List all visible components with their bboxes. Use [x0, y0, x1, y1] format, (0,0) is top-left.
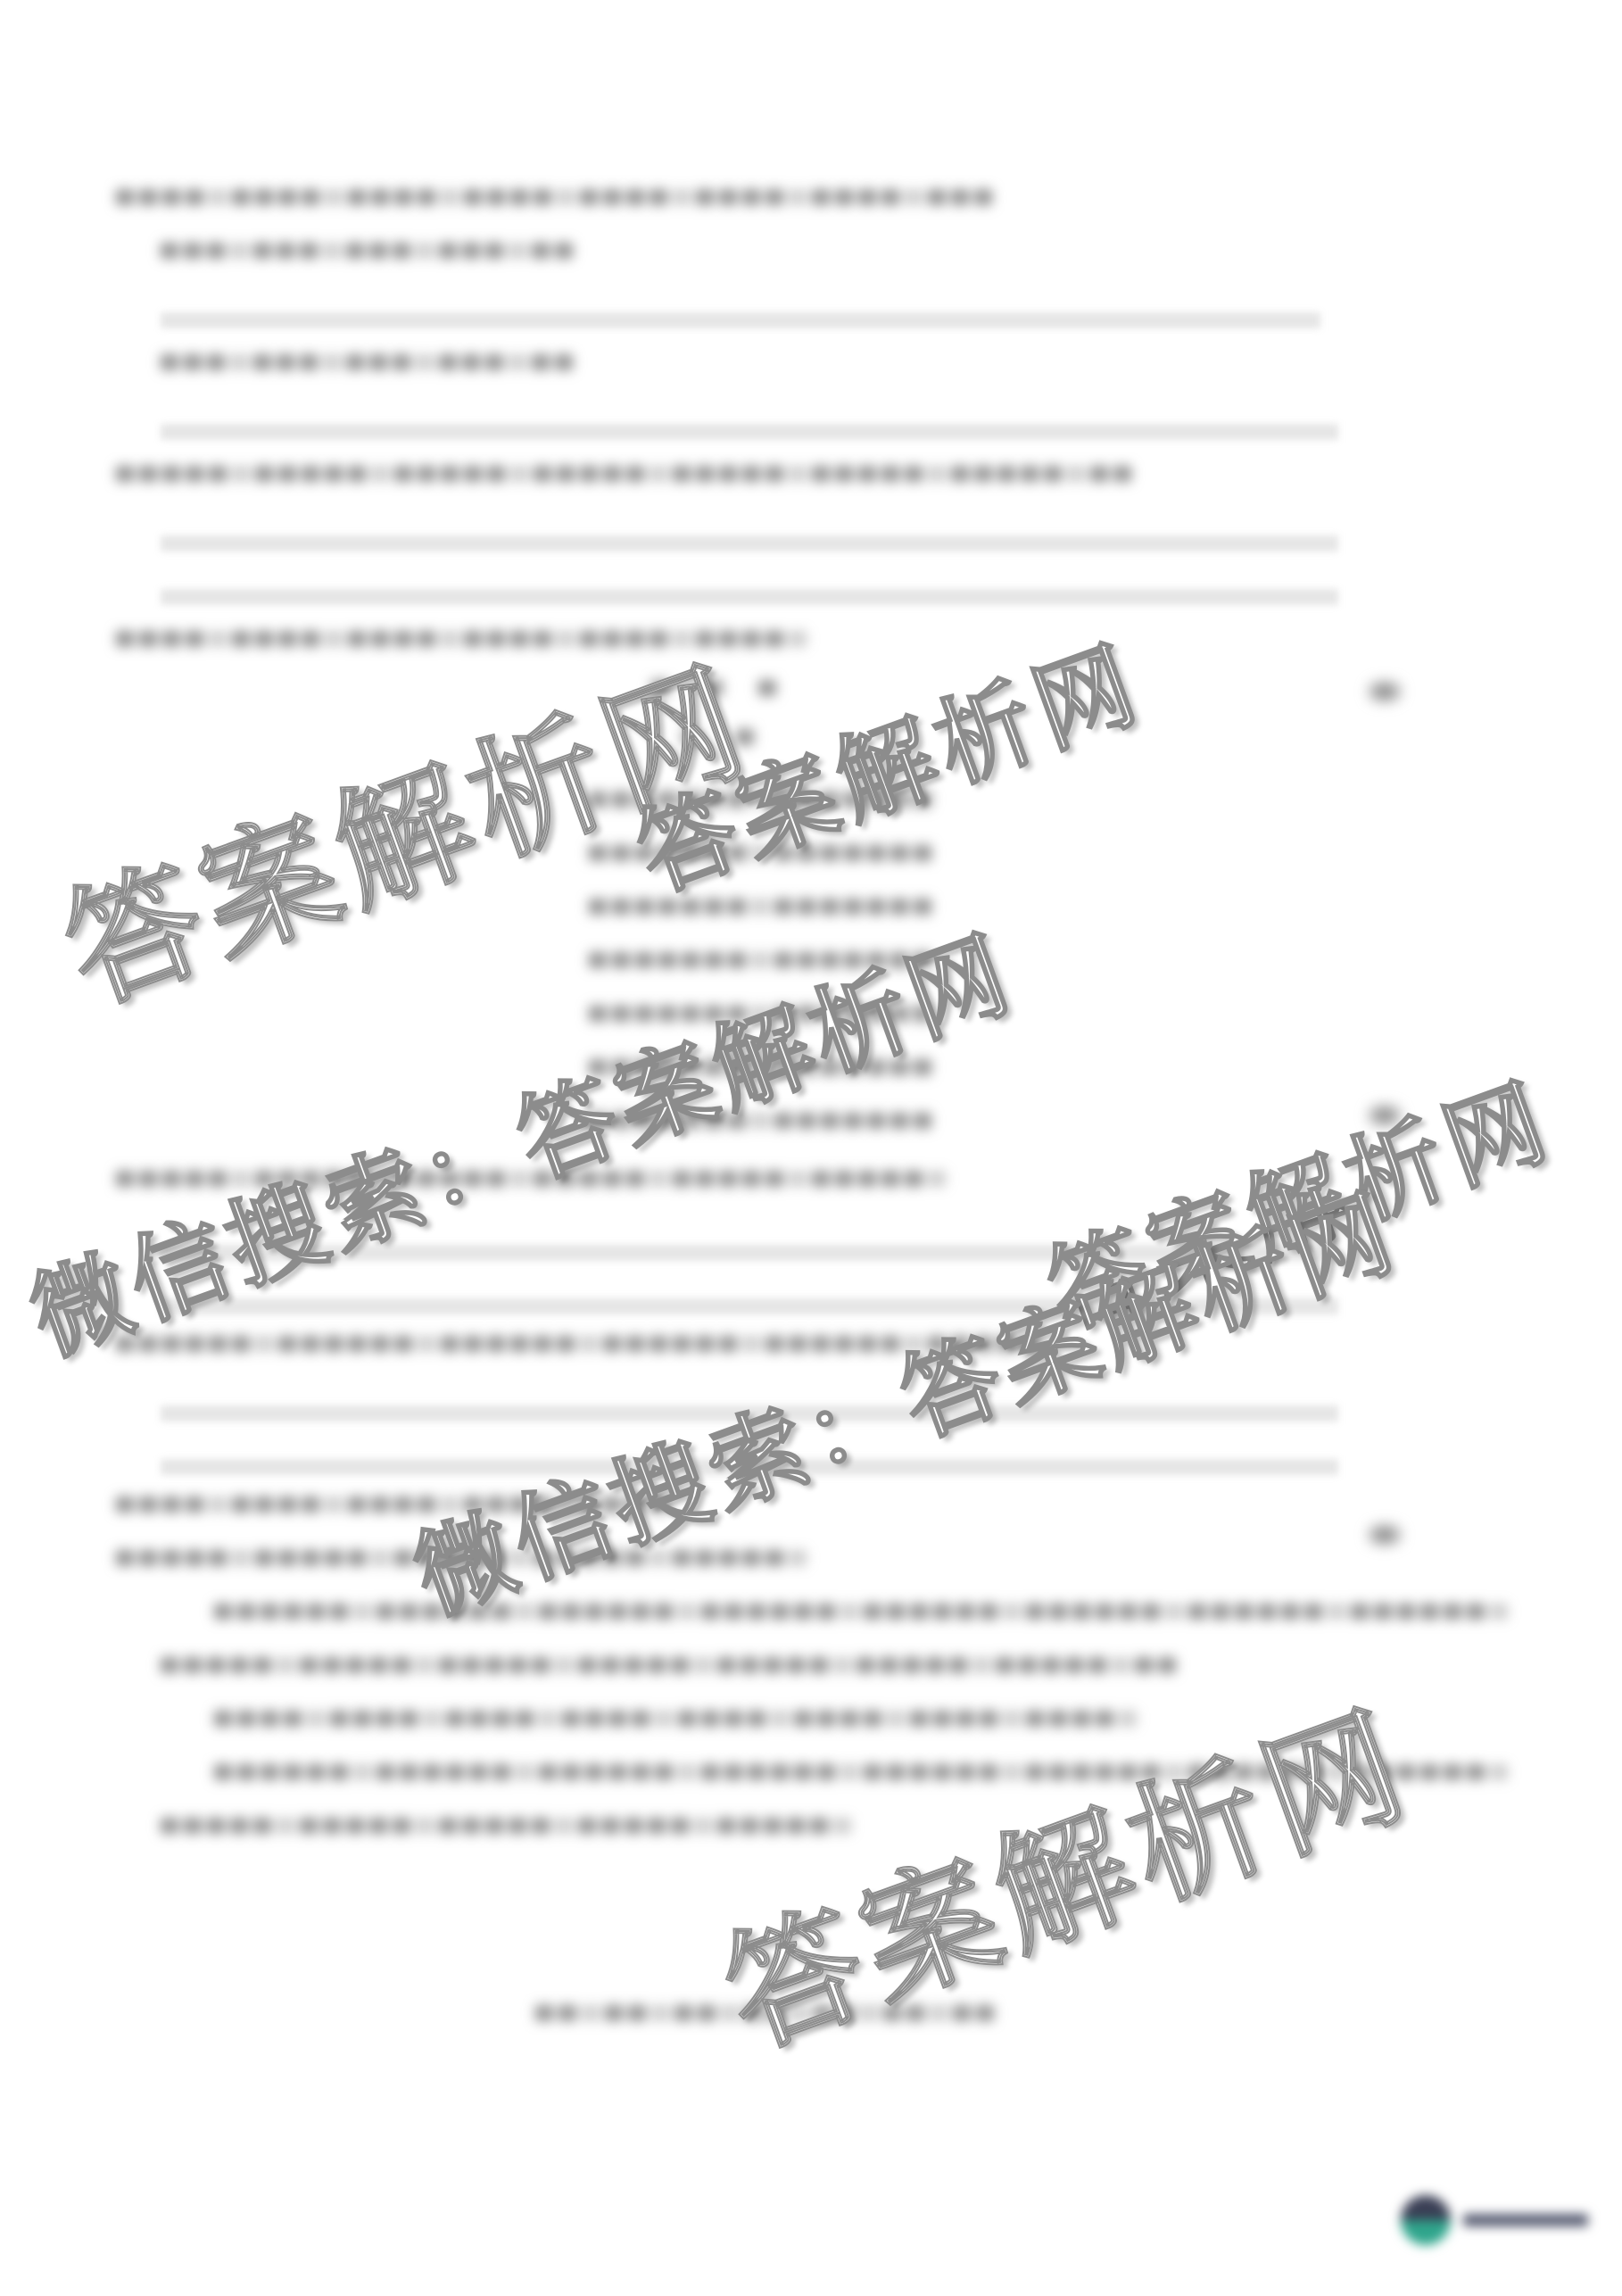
blurred-glyph: [748, 1764, 765, 1780]
blurred-glyph: [1420, 1764, 1438, 1780]
blurred-glyph: [284, 1604, 302, 1620]
blurred-glyph: [817, 1604, 835, 1620]
blurred-glyph: [603, 466, 621, 482]
blurred-glyph: [532, 243, 550, 259]
blurred-glyph: [835, 189, 853, 205]
blurred-glyph: [835, 466, 853, 482]
blurred-glyph: [751, 899, 769, 915]
blurred-glyph: [116, 1496, 134, 1513]
blurred-glyph: [724, 1604, 742, 1620]
blurred-glyph: [348, 466, 366, 482]
blurred-glyph: [237, 1764, 255, 1780]
blurred-glyph: [1049, 1604, 1067, 1620]
blurred-glyph: [348, 631, 366, 647]
blurred-glyph: [557, 466, 575, 482]
blurred-glyph: [996, 1657, 1014, 1673]
blurred-glyph: [186, 466, 203, 482]
blurred-glyph: [1258, 1604, 1276, 1620]
blurred-glyph: [300, 354, 318, 370]
blurred-glyph: [658, 952, 676, 968]
blurred-glyph: [585, 1764, 603, 1780]
blurred-glyph: [487, 1336, 505, 1352]
blurred-glyph: [214, 1604, 232, 1620]
blurred-glyph: [648, 1657, 666, 1673]
blurred-glyph: [840, 1711, 858, 1727]
blurred-glyph: [348, 189, 366, 205]
blurred-glyph: [300, 1657, 318, 1673]
blurred-glyph: [377, 1764, 394, 1780]
blurred-glyph: [369, 1657, 387, 1673]
blurred-glyph: [1281, 1604, 1299, 1620]
blurred-glyph: [371, 1550, 389, 1566]
blurred-glyph: [446, 1711, 464, 1727]
blurred-glyph: [418, 1336, 435, 1352]
blurred-glyph: [844, 1113, 862, 1129]
blurred-glyph: [439, 1818, 457, 1834]
blurred-glyph: [348, 1496, 366, 1513]
blurred-glyph: [485, 354, 503, 370]
blurred-glyph: [650, 1171, 667, 1187]
blurred-glyph: [307, 1604, 325, 1620]
blurred-glyph: [323, 1818, 341, 1834]
blurred-glyph: [557, 631, 575, 647]
blurred-glyph: [765, 1336, 783, 1352]
blurred-glyph: [605, 2005, 623, 2021]
blurred-glyph: [325, 631, 343, 647]
blurred-glyph: [209, 1336, 227, 1352]
blurred-glyph: [186, 631, 203, 647]
blurred-glyph: [302, 631, 319, 647]
blurred-glyph: [207, 243, 225, 259]
blurred-glyph: [555, 243, 573, 259]
blurred-glyph: [330, 1764, 348, 1780]
blurred-glyph: [209, 466, 227, 482]
blurred-glyph: [325, 189, 343, 205]
blurred-glyph: [771, 1604, 789, 1620]
blurred-glyph: [758, 680, 776, 696]
blurred-glyph: [487, 189, 505, 205]
question-line: [116, 464, 1131, 484]
blurred-glyph: [423, 1711, 441, 1727]
blurred-glyph: [810, 1657, 828, 1673]
blurred-glyph: [771, 1711, 789, 1727]
blurred-glyph: [232, 1496, 250, 1513]
blurred-glyph: [719, 466, 737, 482]
blurred-glyph: [1049, 1711, 1067, 1727]
blurred-glyph: [1096, 1604, 1113, 1620]
blurred-glyph: [161, 354, 178, 370]
blurred-glyph: [232, 189, 250, 205]
blurred-glyph: [255, 1336, 273, 1352]
blurred-glyph: [678, 1711, 696, 1727]
blurred-glyph: [1420, 1604, 1438, 1620]
blurred-glyph: [724, 1764, 742, 1780]
blurred-glyph: [516, 1711, 534, 1727]
blurred-glyph: [717, 1657, 735, 1673]
blurred-glyph: [864, 1764, 881, 1780]
blurred-glyph: [116, 189, 134, 205]
blurred-glyph: [464, 466, 482, 482]
blurred-glyph: [302, 466, 319, 482]
blurred-glyph: [423, 1764, 441, 1780]
blurred-glyph: [232, 631, 250, 647]
blurred-glyph: [821, 1113, 839, 1129]
blurred-glyph: [648, 1818, 666, 1834]
blurred-glyph: [980, 1711, 997, 1727]
blurred-glyph: [635, 952, 653, 968]
blurred-glyph: [230, 1818, 248, 1834]
blurred-glyph: [655, 1711, 673, 1727]
blurred-glyph: [207, 354, 225, 370]
blurred-glyph: [161, 243, 178, 259]
blurred-glyph: [798, 899, 815, 915]
blurred-glyph: [418, 631, 435, 647]
blurred-glyph: [926, 1657, 944, 1673]
blurred-glyph: [1044, 466, 1062, 482]
blurred-glyph: [867, 1113, 885, 1129]
blurred-glyph: [162, 1550, 180, 1566]
blurred-glyph: [462, 1657, 480, 1673]
blurred-glyph: [346, 1818, 364, 1834]
blurred-glyph: [1467, 1604, 1485, 1620]
blurred-glyph: [914, 845, 931, 861]
blurred-glyph: [532, 354, 550, 370]
blurred-glyph: [261, 1764, 278, 1780]
blurred-glyph: [626, 1336, 644, 1352]
blurred-glyph: [253, 1657, 271, 1673]
blurred-glyph: [371, 1336, 389, 1352]
blurred-glyph: [1072, 1711, 1090, 1727]
blurred-glyph: [976, 2005, 994, 2021]
blurred-glyph: [162, 631, 180, 647]
blurred-glyph: [400, 1711, 418, 1727]
blurred-glyph: [1328, 1604, 1345, 1620]
blurred-glyph: [139, 1496, 157, 1513]
blurred-glyph: [673, 466, 691, 482]
blurred-glyph: [951, 189, 969, 205]
blurred-glyph: [371, 631, 389, 647]
blurred-glyph: [1135, 1657, 1153, 1673]
blurred-glyph: [394, 466, 412, 482]
brand-logo: [1401, 2195, 1588, 2245]
blurred-glyph: [949, 1657, 967, 1673]
blurred-glyph: [742, 189, 760, 205]
blurred-glyph: [469, 1711, 487, 1727]
blurred-glyph: [603, 1336, 621, 1352]
blurred-glyph: [439, 243, 457, 259]
blurred-glyph: [626, 189, 644, 205]
blurred-glyph: [787, 1818, 805, 1834]
blurred-glyph: [261, 1604, 278, 1620]
blurred-glyph: [858, 189, 876, 205]
blurred-glyph: [278, 1336, 296, 1352]
blurred-glyph: [789, 466, 807, 482]
blurred-glyph: [441, 189, 459, 205]
margin-mark: [1370, 1526, 1400, 1544]
blurred-glyph: [323, 354, 341, 370]
blurred-glyph: [277, 1657, 294, 1673]
margin-mark: [1370, 683, 1400, 700]
blurred-glyph: [184, 354, 202, 370]
blurred-glyph: [184, 1657, 202, 1673]
blurred-glyph: [557, 1336, 575, 1352]
blurred-glyph: [464, 631, 482, 647]
blurred-glyph: [348, 1550, 366, 1566]
blurred-glyph: [887, 1604, 905, 1620]
blurred-glyph: [880, 1657, 898, 1673]
blurred-glyph: [253, 243, 271, 259]
blurred-glyph: [325, 466, 343, 482]
paragraph-line: [161, 1655, 1176, 1675]
blurred-glyph: [765, 1550, 783, 1566]
blurred-glyph: [742, 466, 760, 482]
blurred-glyph: [764, 1657, 782, 1673]
blurred-glyph: [701, 1764, 719, 1780]
blurred-glyph: [539, 1764, 557, 1780]
blurred-glyph: [232, 466, 250, 482]
blurred-glyph: [1072, 1604, 1090, 1620]
blurred-glyph: [701, 1711, 719, 1727]
blurred-glyph: [765, 1171, 783, 1187]
blurred-glyph: [933, 1604, 951, 1620]
answer-line: [161, 424, 1338, 440]
blurred-glyph: [492, 1764, 510, 1780]
blurred-glyph: [742, 631, 760, 647]
blurred-glyph: [625, 1818, 642, 1834]
blurred-glyph: [674, 2005, 692, 2021]
blurred-glyph: [535, 2005, 553, 2021]
blurred-glyph: [1065, 1657, 1083, 1673]
blurred-glyph: [774, 899, 792, 915]
blurred-glyph: [139, 189, 157, 205]
blurred-glyph: [890, 845, 908, 861]
blurred-glyph: [887, 1764, 905, 1780]
blurred-glyph: [1119, 1604, 1137, 1620]
blurred-glyph: [928, 189, 946, 205]
blurred-glyph: [532, 1818, 550, 1834]
blurred-glyph: [881, 189, 899, 205]
blurred-glyph: [678, 1764, 696, 1780]
blurred-glyph: [867, 899, 885, 915]
blurred-glyph: [787, 1657, 805, 1673]
blurred-glyph: [555, 1818, 573, 1834]
blurred-glyph: [116, 1171, 134, 1187]
blurred-glyph: [487, 631, 505, 647]
blurred-glyph: [864, 1711, 881, 1727]
blurred-glyph: [1142, 1604, 1160, 1620]
blurred-glyph: [510, 189, 528, 205]
blurred-glyph: [789, 1171, 807, 1187]
blurred-glyph: [612, 1006, 630, 1022]
blurred-glyph: [307, 1764, 325, 1780]
blurred-glyph: [186, 189, 203, 205]
blurred-glyph: [209, 1496, 227, 1513]
blurred-glyph: [972, 1657, 990, 1673]
blurred-glyph: [230, 243, 248, 259]
blurred-glyph: [261, 1711, 278, 1727]
blurred-glyph: [139, 1550, 157, 1566]
blurred-glyph: [928, 466, 946, 482]
blurred-glyph: [742, 1336, 760, 1352]
paragraph-line: [214, 1709, 1137, 1728]
blurred-glyph: [798, 1113, 815, 1129]
blurred-glyph: [325, 1550, 343, 1566]
blurred-glyph: [578, 1818, 596, 1834]
blurred-glyph: [237, 1711, 255, 1727]
blurred-glyph: [905, 1171, 923, 1187]
blurred-glyph: [162, 189, 180, 205]
blurred-glyph: [485, 1818, 503, 1834]
paragraph-line: [161, 1816, 851, 1836]
blurred-glyph: [696, 1550, 714, 1566]
blurred-glyph: [696, 189, 714, 205]
blurred-glyph: [532, 1657, 550, 1673]
blurred-glyph: [789, 1336, 807, 1352]
blurred-glyph: [441, 1336, 459, 1352]
blurred-glyph: [348, 1336, 366, 1352]
blurred-glyph: [821, 899, 839, 915]
blurred-glyph: [323, 1657, 341, 1673]
blurred-glyph: [330, 1711, 348, 1727]
blurred-glyph: [369, 354, 387, 370]
blurred-glyph: [956, 1604, 974, 1620]
blurred-glyph: [369, 243, 387, 259]
blurred-glyph: [881, 466, 899, 482]
blurred-glyph: [1397, 1604, 1415, 1620]
blurred-glyph: [510, 466, 528, 482]
blurred-glyph: [487, 466, 505, 482]
question-line: [116, 187, 992, 207]
blurred-glyph: [764, 1818, 782, 1834]
blurred-glyph: [858, 1171, 876, 1187]
blurred-glyph: [789, 1550, 807, 1566]
blurred-glyph: [377, 1711, 394, 1727]
blurred-glyph: [278, 631, 296, 647]
blurred-glyph: [608, 1604, 626, 1620]
blurred-glyph: [1113, 466, 1131, 482]
blurred-glyph: [682, 952, 699, 968]
blurred-glyph: [1444, 1764, 1461, 1780]
blurred-glyph: [608, 1764, 626, 1780]
blurred-glyph: [346, 354, 364, 370]
blurred-glyph: [671, 1818, 689, 1834]
blurred-glyph: [1212, 1604, 1229, 1620]
blurred-glyph: [1067, 466, 1085, 482]
blurred-glyph: [655, 1764, 673, 1780]
blurred-glyph: [951, 466, 969, 482]
blurred-glyph: [562, 1604, 580, 1620]
blurred-glyph: [812, 466, 830, 482]
blurred-glyph: [719, 1550, 737, 1566]
blurred-glyph: [1490, 1764, 1508, 1780]
blurred-glyph: [371, 1496, 389, 1513]
blurred-glyph: [864, 1604, 881, 1620]
blurred-glyph: [418, 466, 435, 482]
blurred-glyph: [1158, 1657, 1176, 1673]
blurred-glyph: [765, 189, 783, 205]
blurred-glyph: [353, 1711, 371, 1727]
blurred-glyph: [323, 243, 341, 259]
blurred-glyph: [632, 1711, 650, 1727]
blurred-glyph: [464, 1336, 482, 1352]
blurred-glyph: [701, 1604, 719, 1620]
blurred-glyph: [214, 1764, 232, 1780]
blurred-glyph: [914, 1113, 931, 1129]
answer-line: [161, 535, 1338, 551]
blurred-glyph: [741, 1657, 758, 1673]
answer-line: [161, 589, 1338, 605]
blurred-glyph: [671, 1657, 689, 1673]
blurred-glyph: [371, 189, 389, 205]
blurred-glyph: [418, 189, 435, 205]
blurred-glyph: [539, 1604, 557, 1620]
blurred-glyph: [844, 899, 862, 915]
blurred-glyph: [416, 354, 434, 370]
blurred-glyph: [890, 899, 908, 915]
blurred-glyph: [1112, 1657, 1130, 1673]
blurred-glyph: [585, 1711, 603, 1727]
blurred-glyph: [116, 1550, 134, 1566]
blurred-glyph: [232, 1550, 250, 1566]
blurred-glyph: [997, 466, 1015, 482]
blurred-glyph: [393, 1818, 410, 1834]
blurred-glyph: [232, 1336, 250, 1352]
blurred-glyph: [369, 1818, 387, 1834]
blurred-glyph: [278, 466, 296, 482]
blurred-glyph: [580, 1336, 598, 1352]
blurred-glyph: [534, 1336, 551, 1352]
blurred-glyph: [601, 1657, 619, 1673]
blurred-glyph: [562, 1764, 580, 1780]
blurred-glyph: [914, 899, 931, 915]
blurred-glyph: [717, 1818, 735, 1834]
blurred-glyph: [673, 189, 691, 205]
blurred-glyph: [139, 631, 157, 647]
blurred-glyph: [416, 1657, 434, 1673]
blurred-glyph: [284, 1764, 302, 1780]
blurred-glyph: [116, 631, 134, 647]
blurred-glyph: [890, 1113, 908, 1129]
blurred-glyph: [1042, 1657, 1060, 1673]
blurred-glyph: [400, 1604, 418, 1620]
blurred-glyph: [794, 1764, 812, 1780]
blurred-glyph: [253, 354, 271, 370]
blurred-glyph: [956, 1764, 974, 1780]
blurred-glyph: [1444, 1604, 1461, 1620]
blurred-glyph: [789, 189, 807, 205]
blurred-glyph: [635, 899, 653, 915]
blurred-glyph: [612, 899, 630, 915]
blurred-glyph: [867, 845, 885, 861]
blurred-glyph: [905, 466, 923, 482]
blurred-glyph: [974, 466, 992, 482]
blurred-glyph: [346, 1657, 364, 1673]
blurred-glyph: [1235, 1604, 1253, 1620]
blurred-glyph: [539, 1711, 557, 1727]
blurred-glyph: [393, 1657, 410, 1673]
blurred-glyph: [601, 1818, 619, 1834]
blurred-glyph: [765, 631, 783, 647]
blurred-glyph: [162, 466, 180, 482]
blurred-glyph: [393, 354, 410, 370]
blurred-glyph: [628, 2005, 646, 2021]
blurred-glyph: [626, 466, 644, 482]
blurred-glyph: [650, 466, 667, 482]
blurred-glyph: [903, 1657, 921, 1673]
blurred-glyph: [400, 1764, 418, 1780]
blurred-glyph: [582, 2005, 600, 2021]
blurred-glyph: [492, 1711, 510, 1727]
